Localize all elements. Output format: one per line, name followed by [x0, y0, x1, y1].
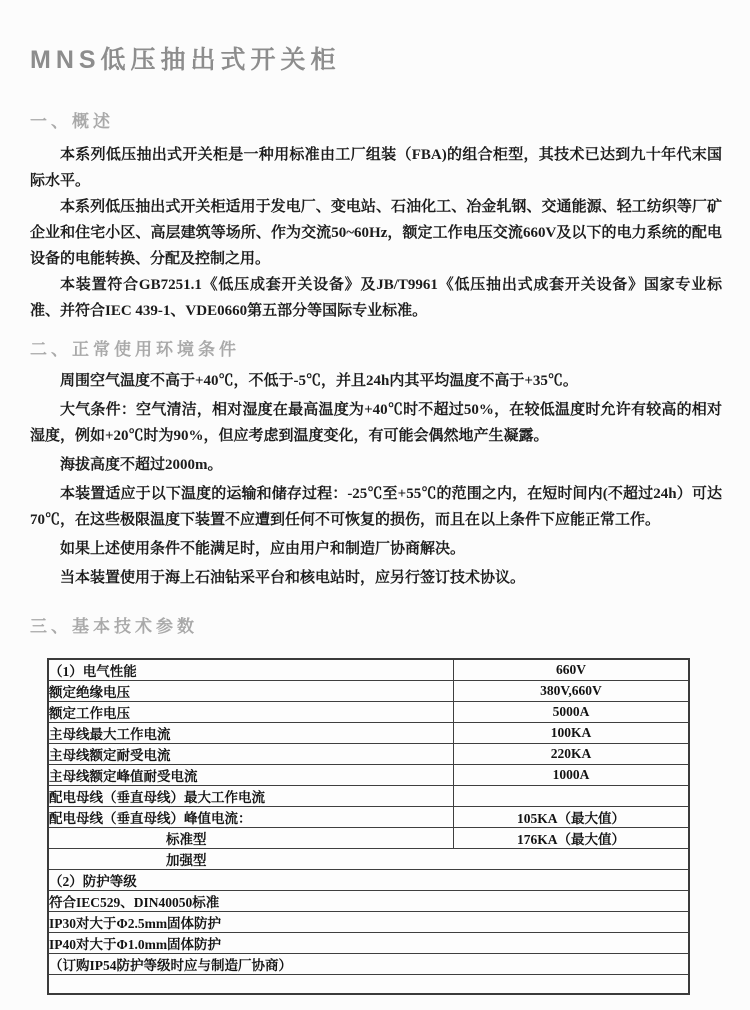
- param-label-cell: IP30对大于Φ2.5mm固体防护: [48, 912, 689, 933]
- param-value-cell: 100KA: [454, 723, 690, 744]
- section-overview-body: 本系列低压抽出式开关柜是一种用标准由工厂组装（FBA)的组合柜型，其技术已达到九…: [30, 142, 722, 324]
- paragraph: 大气条件：空气清洁，相对湿度在最高温度为+40℃时不超过50%，在较低温度时允许…: [30, 397, 722, 449]
- section-heading-environment: 二、正常使用环境条件: [30, 338, 722, 362]
- table-row: 配电母线（垂直母线）峰值电流： 105KA（最大值）: [48, 807, 689, 828]
- param-value-cell: 176KA（最大值）: [454, 828, 690, 849]
- param-label-cell: 额定绝缘电压: [48, 681, 454, 702]
- table-row: [48, 975, 689, 995]
- paragraph: 海拔高度不超过2000m。: [30, 452, 722, 478]
- tech-params-table: （1）电气性能 660V 额定绝缘电压 380V,660V 额定工作电压 500…: [47, 658, 690, 995]
- param-label-cell: 主母线额定耐受电流: [48, 744, 454, 765]
- param-value-cell: 660V: [454, 659, 690, 681]
- param-label-cell: IP40对大于Φ1.0mm固体防护: [48, 933, 689, 954]
- table-row: 额定工作电压 5000A: [48, 702, 689, 723]
- table-row: 主母线额定耐受电流 220KA: [48, 744, 689, 765]
- paragraph: 当本装置使用于海上石油钻采平台和核电站时，应另行签订技术协议。: [30, 565, 722, 591]
- param-value-cell: 220KA: [454, 744, 690, 765]
- table-row: （2）防护等级: [48, 870, 689, 891]
- param-label-cell: （1）电气性能: [48, 659, 454, 681]
- table-row: 加强型: [48, 849, 689, 870]
- table-row: 额定绝缘电压 380V,660V: [48, 681, 689, 702]
- paragraph: 本装置适应于以下温度的运输和储存过程：-25℃至+55℃的范围之内，在短时间内(…: [30, 481, 722, 533]
- param-label-cell: 配电母线（垂直母线）最大工作电流: [48, 786, 454, 807]
- document-title: MNS低压抽出式开关柜: [30, 46, 722, 74]
- paragraph: 本系列低压抽出式开关柜适用于发电厂、变电站、石油化工、冶金轧钢、交通能源、轻工纺…: [30, 194, 722, 272]
- paragraph: 本系列低压抽出式开关柜是一种用标准由工厂组装（FBA)的组合柜型，其技术已达到九…: [30, 142, 722, 194]
- table-row: 标准型 176KA（最大值）: [48, 828, 689, 849]
- param-label-cell: 配电母线（垂直母线）峰值电流：: [48, 807, 454, 828]
- param-value-cell: 1000A: [454, 765, 690, 786]
- param-label-cell: 主母线最大工作电流: [48, 723, 454, 744]
- table-row: （1）电气性能 660V: [48, 659, 689, 681]
- table-row: 主母线最大工作电流 100KA: [48, 723, 689, 744]
- param-label-cell: （2）防护等级: [48, 870, 689, 891]
- table-row: IP30对大于Φ2.5mm固体防护: [48, 912, 689, 933]
- section-heading-overview: 一、概述: [30, 110, 722, 134]
- param-value-cell: 5000A: [454, 702, 690, 723]
- section-environment-body: 周围空气温度不高于+40℃，不低于-5℃，并且24h内其平均温度不高于+35℃。…: [30, 368, 722, 591]
- table-row: 符合IEC529、DIN40050标准: [48, 891, 689, 912]
- param-label-cell: 加强型: [48, 849, 689, 870]
- section-heading-tech-params: 三、基本技术参数: [30, 615, 722, 639]
- table-row: 主母线额定峰值耐受电流 1000A: [48, 765, 689, 786]
- paragraph: 本装置符合GB7251.1《低压成套开关设备》及JB/T9961《低压抽出式成套…: [30, 272, 722, 324]
- param-value-cell: 105KA（最大值）: [454, 807, 690, 828]
- table-row: （订购IP54防护等级时应与制造厂协商）: [48, 954, 689, 975]
- param-label-cell: 符合IEC529、DIN40050标准: [48, 891, 689, 912]
- param-value-cell: 380V,660V: [454, 681, 690, 702]
- table-row: 配电母线（垂直母线）最大工作电流: [48, 786, 689, 807]
- paragraph: 如果上述使用条件不能满足时，应由用户和制造厂协商解决。: [30, 536, 722, 562]
- param-label-cell: （订购IP54防护等级时应与制造厂协商）: [48, 954, 689, 975]
- param-value-cell: [454, 786, 690, 807]
- table-row: IP40对大于Φ1.0mm固体防护: [48, 933, 689, 954]
- param-label-cell: 标准型: [48, 828, 454, 849]
- document-page: MNS低压抽出式开关柜 一、概述 本系列低压抽出式开关柜是一种用标准由工厂组装（…: [0, 0, 750, 1010]
- param-label-cell: 主母线额定峰值耐受电流: [48, 765, 454, 786]
- paragraph: 周围空气温度不高于+40℃，不低于-5℃，并且24h内其平均温度不高于+35℃。: [30, 368, 722, 394]
- param-label-cell: 额定工作电压: [48, 702, 454, 723]
- param-label-cell: [48, 975, 689, 995]
